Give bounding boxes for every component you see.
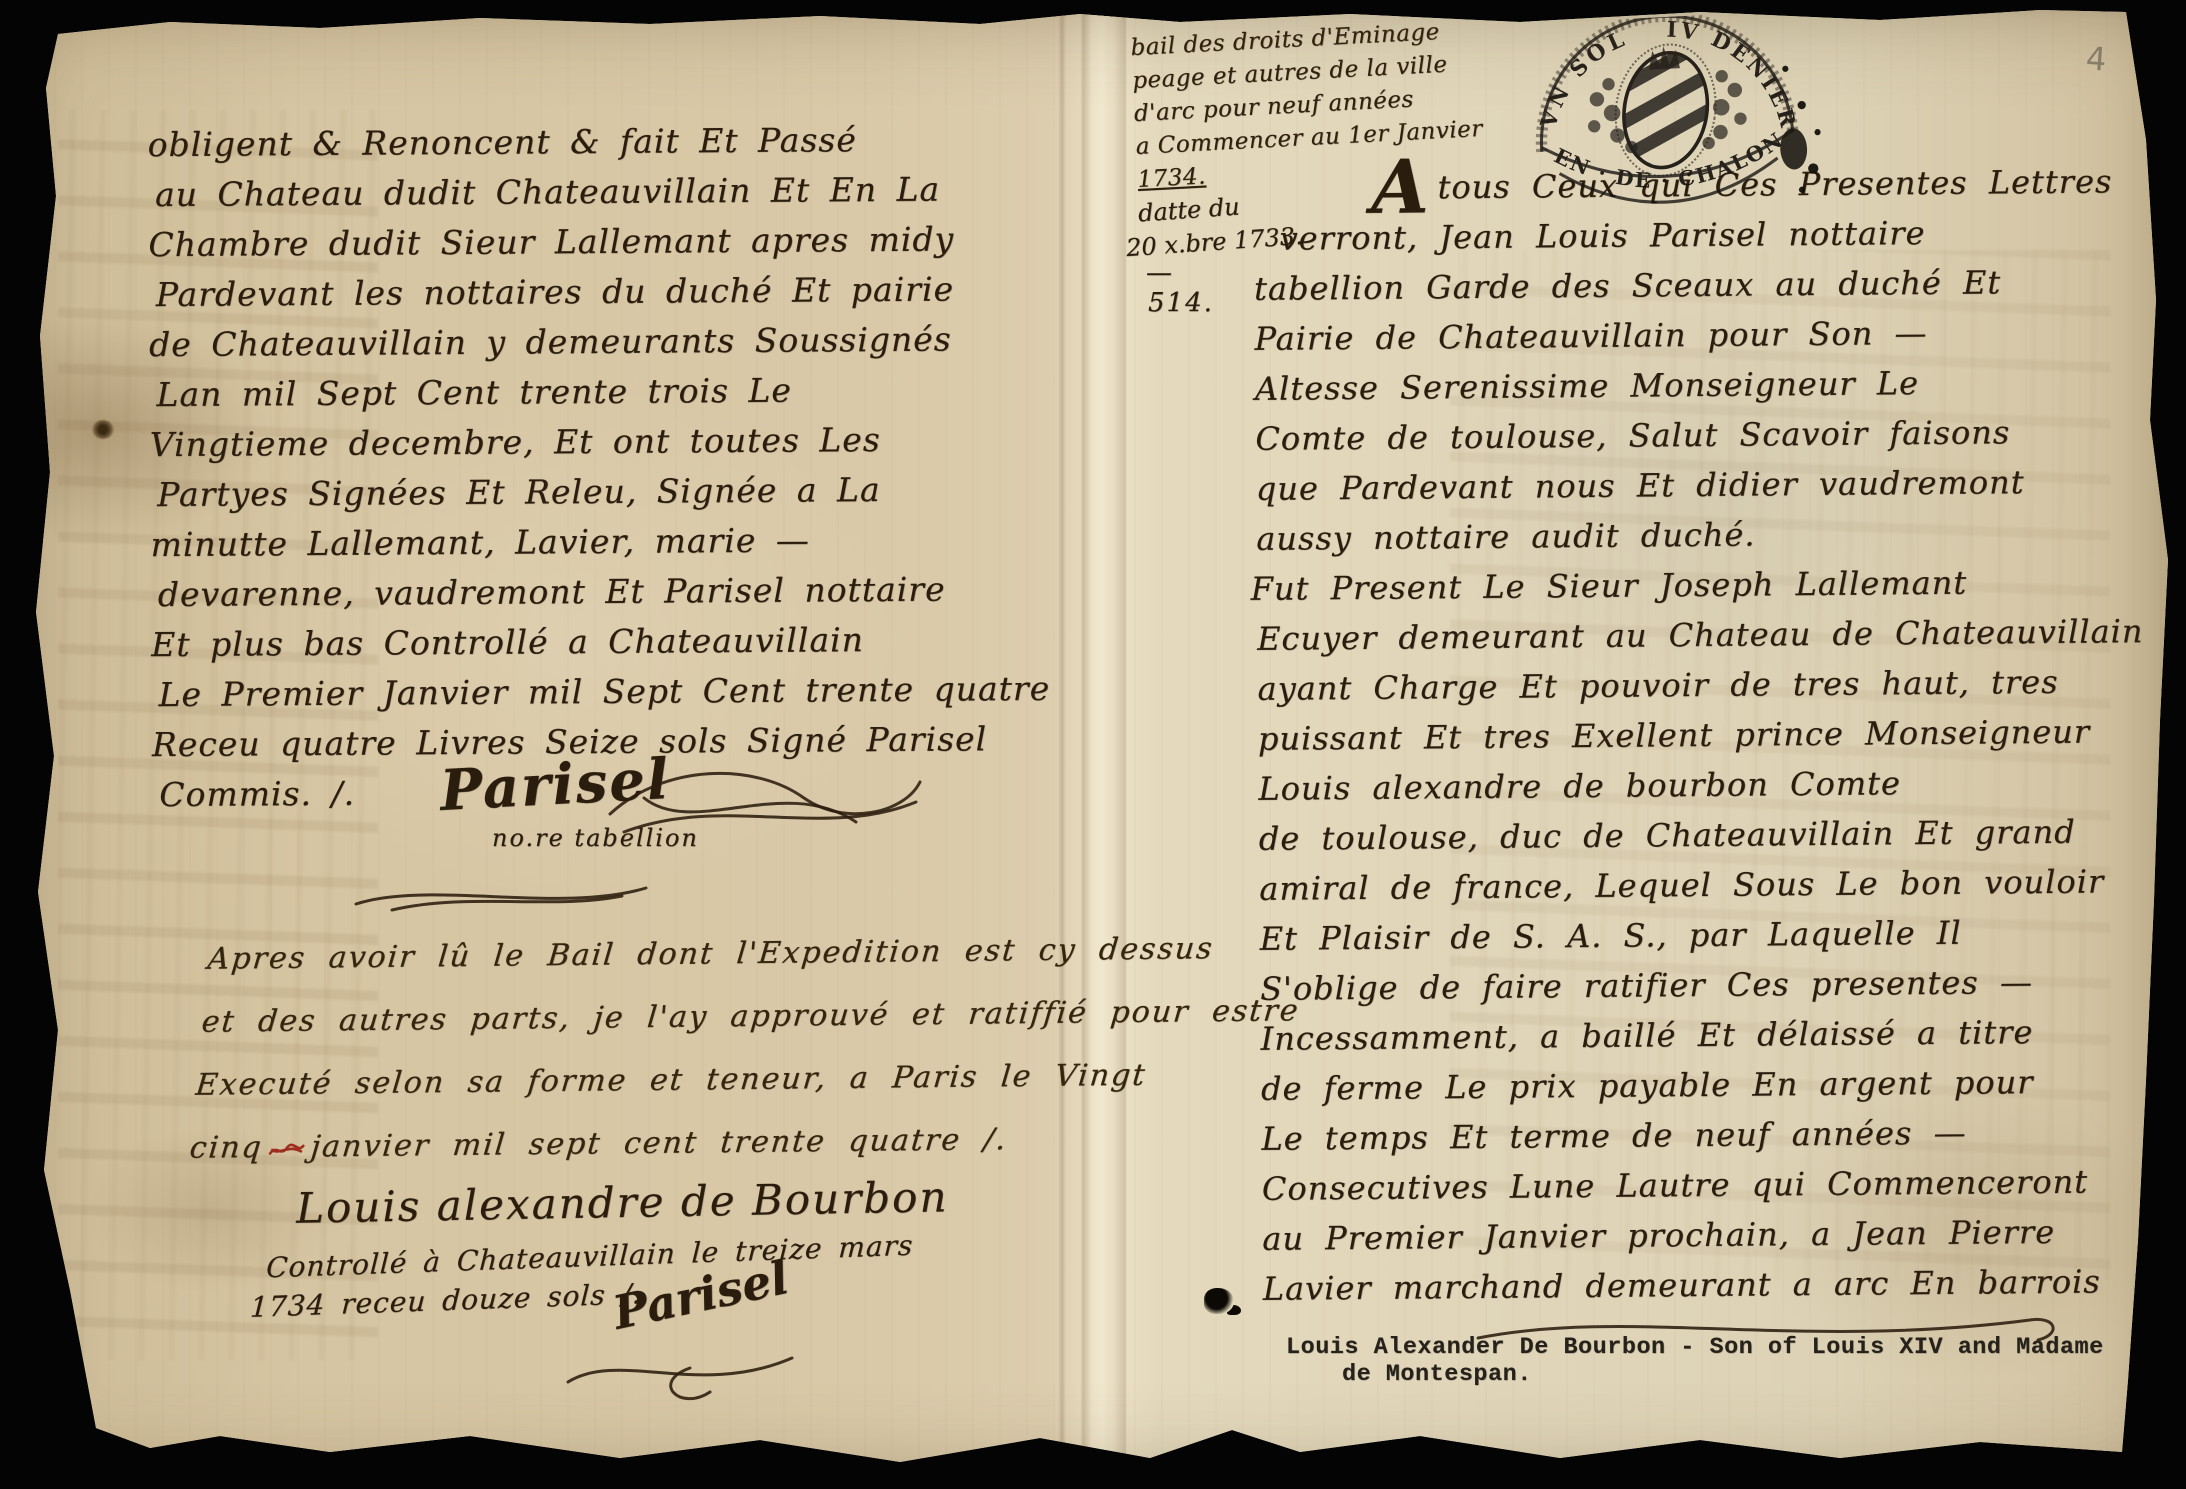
manuscript-line: Fut Present Le Sieur Joseph Lallemant bbox=[1250, 562, 2143, 620]
royal-approval-block: Apres avoir lû le Bail dont l'Expedition… bbox=[186, 930, 1308, 1193]
manuscript-line: Et plus bas Controllé a Chateauvillain bbox=[151, 619, 1050, 675]
manuscript-line: amiral de france, Lequel Sous Le bon vou… bbox=[1259, 862, 2146, 920]
manuscript-line: Consecutives Lune Lautre qui Commenceron… bbox=[1262, 1162, 2149, 1220]
typed-caption: Louis Alexander De Bourbon - Son of Loui… bbox=[1286, 1334, 2104, 1388]
royal-signature: Louis alexandre de Bourbon bbox=[296, 1172, 949, 1232]
manuscript-line: de toulouse, duc de Chateauvillain Et gr… bbox=[1259, 812, 2146, 870]
manuscript-line: de ferme Le prix payable En argent pour bbox=[1261, 1062, 2148, 1120]
manuscript-line: S'oblige de faire ratifier Ces presentes… bbox=[1260, 962, 2147, 1020]
manuscript-line: Le Premier Janvier mil Sept Cent trente … bbox=[158, 669, 1050, 725]
margin-docket-number: 514. bbox=[1148, 288, 1214, 318]
margin-dash: — bbox=[1146, 258, 1172, 288]
control-note-line: Controllé à Chateauvillain le treize mar… bbox=[265, 1229, 914, 1285]
manuscript-line: Et Plaisir de S. A. S., par Laquelle Il bbox=[1260, 912, 2147, 970]
manuscript-line: Louis alexandre de bourbon Comte bbox=[1258, 762, 2145, 820]
typed-caption-line: Louis Alexander De Bourbon - Son of Loui… bbox=[1286, 1334, 2104, 1361]
manuscript-line: ayant Charge Et pouvoir de tres haut, tr… bbox=[1257, 662, 2144, 720]
signature-flourish bbox=[604, 752, 934, 852]
manuscript-line: puissant Et tres Exellent prince Monseig… bbox=[1258, 712, 2145, 770]
manuscript-line: Vingtieme decembre, Et ont toutes Les bbox=[150, 419, 1049, 475]
center-fold bbox=[1082, 0, 1126, 1489]
manuscript-line: de Chateauvillain y demeurants Soussigné… bbox=[149, 319, 1048, 375]
manuscript-word: janvier mil sept cent trente quatre /. bbox=[309, 1122, 1009, 1164]
manuscript-line: tabellion Garde des Sceaux au duché Et bbox=[1254, 262, 2141, 320]
manuscript-line: Comte de toulouse, Salut Scavoir faisons bbox=[1255, 412, 2142, 470]
pencil-page-number: 4 bbox=[2085, 39, 2108, 78]
stamp-foliage bbox=[1585, 69, 1748, 156]
control-signature-flourish bbox=[560, 1342, 800, 1402]
paper-spread: obligent & Renoncent & fait Et Passé au … bbox=[0, 0, 2186, 1489]
manuscript-scan: obligent & Renoncent & fait Et Passé au … bbox=[0, 0, 2186, 1489]
manuscript-line: Le temps Et terme de neuf années — bbox=[1261, 1112, 2148, 1170]
ink-blot bbox=[1204, 1288, 1234, 1314]
manuscript-line: Ecuyer demeurant au Chateau de Chateauvi… bbox=[1257, 612, 2144, 670]
manuscript-line: Executé selon sa forme et teneur, a Pari… bbox=[191, 1056, 1295, 1130]
margin-date-label: datte du bbox=[1137, 192, 1240, 227]
fiscal-stamp: VN SOL IV DENIERS bbox=[1517, 8, 1858, 240]
right-page-body: Atous Ceux qui Ces Presentes Lettres ver… bbox=[1253, 162, 2149, 1320]
paper-stain bbox=[92, 420, 114, 439]
control-note-line: 1734 receu douze sols /. bbox=[249, 1277, 643, 1324]
manuscript-line: que Pardevant nous Et didier vaudremont bbox=[1256, 462, 2143, 520]
manuscript-line: Altesse Serenissime Monseigneur Le bbox=[1255, 362, 2142, 420]
manuscript-line: aussy nottaire audit duché. bbox=[1256, 512, 2143, 570]
manuscript-line: Lan mil Sept Cent trente trois Le bbox=[156, 369, 1048, 425]
manuscript-line: Incessamment, a baillé Et délaissé a tit… bbox=[1260, 1012, 2147, 1070]
manuscript-line: au Chateau dudit Chateauvillain Et En La bbox=[155, 169, 1047, 225]
stamp-text: VN SOL bbox=[1531, 25, 1636, 133]
manuscript-line: Chambre dudit Sieur Lallemant apres midy bbox=[148, 219, 1047, 275]
fold-crease bbox=[1060, 0, 1064, 1489]
manuscript-line: minutte Lallemant, Lavier, marie — bbox=[150, 519, 1049, 575]
red-correction-mark bbox=[266, 1141, 308, 1159]
manuscript-line: obligent & Renoncent & fait Et Passé bbox=[148, 119, 1047, 175]
left-page-body: obligent & Renoncent & fait Et Passé au … bbox=[148, 119, 1052, 825]
manuscript-line: Pairie de Chateauvillain pour Son — bbox=[1254, 312, 2141, 370]
manuscript-line: Partyes Signées Et Releu, Signée a La bbox=[157, 469, 1049, 525]
manuscript-line: Apres avoir lû le Bail dont l'Expedition… bbox=[203, 930, 1307, 1004]
manuscript-word: cinq bbox=[188, 1130, 264, 1166]
manuscript-line: Pardevant les nottaires du duché Et pair… bbox=[156, 269, 1048, 325]
manuscript-line: et des autres parts, je l'ay approuvé et… bbox=[197, 993, 1301, 1067]
manuscript-line: devarenne, vaudremont Et Parisel nottair… bbox=[158, 569, 1050, 625]
signature-underline-flourish bbox=[350, 876, 660, 916]
manuscript-line: au Premier Janvier prochain, a Jean Pier… bbox=[1262, 1212, 2149, 1270]
typed-caption-line: de Montespan. bbox=[1342, 1361, 2104, 1388]
